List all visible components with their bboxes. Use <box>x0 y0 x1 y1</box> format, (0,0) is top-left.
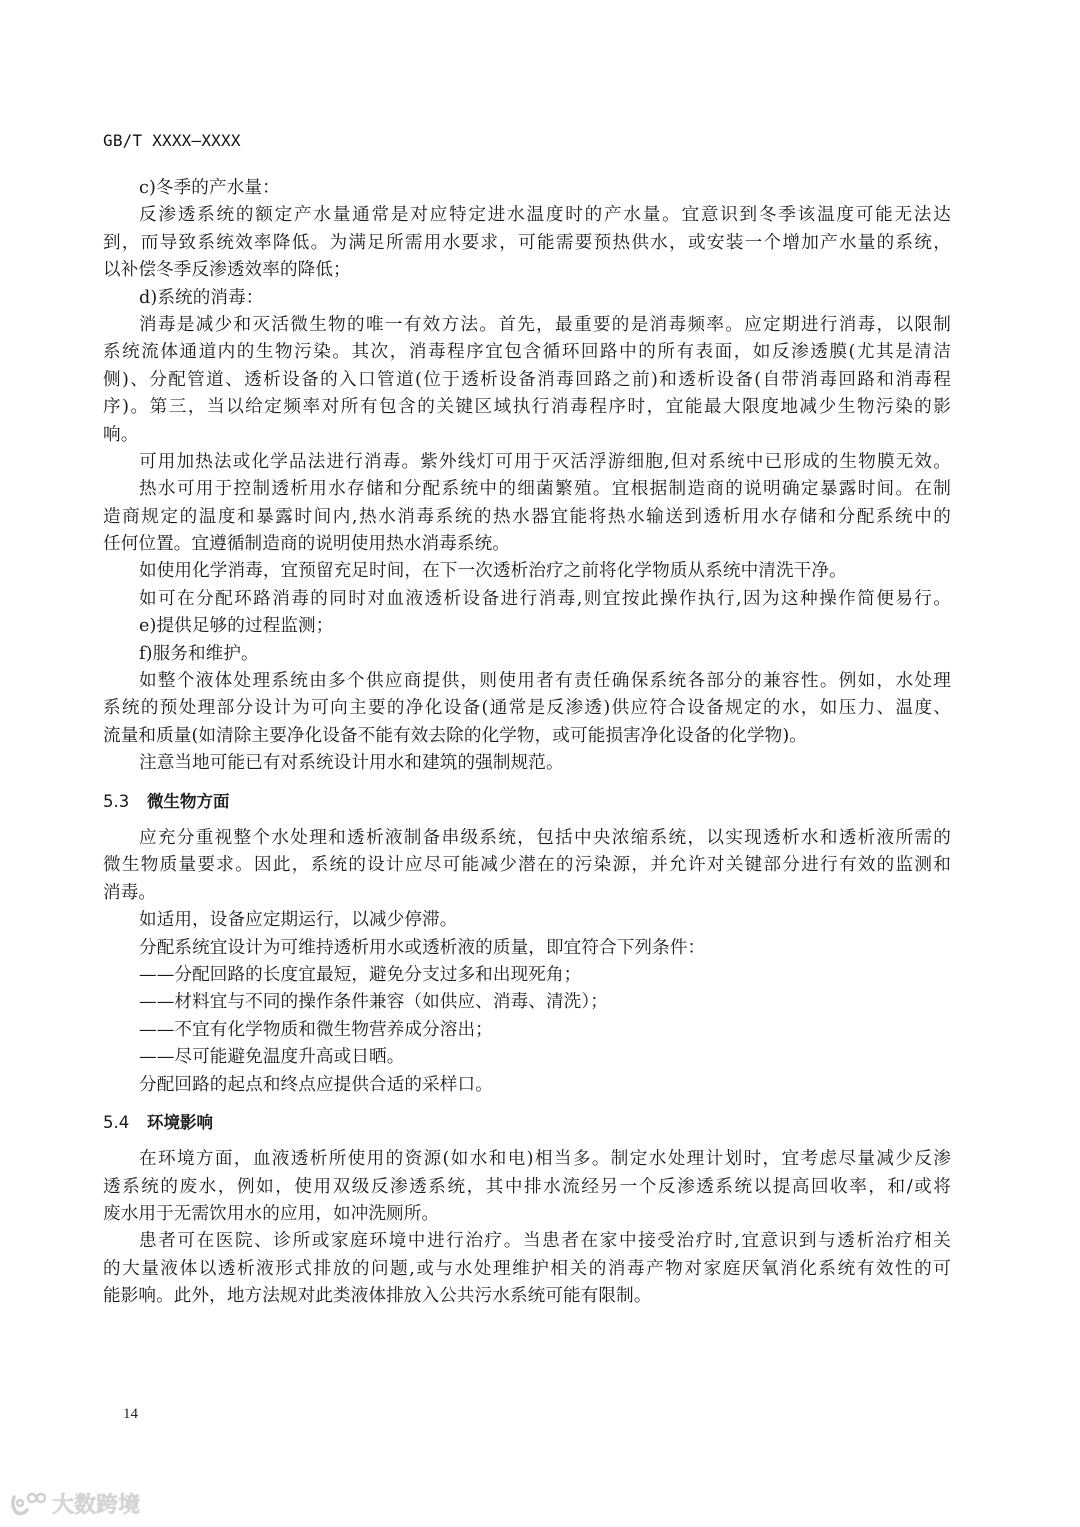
paragraph: 反渗透系统的额定产水量通常是对应特定进水温度时的产水量。宜意识到冬季该温度可能无… <box>103 202 951 284</box>
section-heading: 5.4环境影响 <box>103 1109 951 1136</box>
text-line: ——材料宜与不同的操作条件兼容（如供应、消毒、清洗）； <box>103 989 951 1016</box>
paragraph: f)服务和维护。 <box>103 641 951 668</box>
paragraph: e)提供足够的过程监测； <box>103 613 951 640</box>
text-line: 如整个液体处理系统由多个供应商提供，则使用者有责任确保系统各部分的兼容性。例如，… <box>103 668 951 695</box>
text-line: 消毒。 <box>103 880 951 907</box>
text-line: 在环境方面，血液透析所使用的资源(如水和电)相当多。制定水处理计划时，宜考虑尽量… <box>103 1146 951 1173</box>
text-line: 注意当地可能已有对系统设计用水和建筑的强制规范。 <box>103 750 951 777</box>
section-title: 环境影响 <box>147 1113 213 1132</box>
paragraph: ——不宜有化学物质和微生物营养成分溶出； <box>103 1017 951 1044</box>
paragraph: ——尽可能避免温度升高或日晒。 <box>103 1044 951 1071</box>
watermark-text: 大数跨境 <box>52 1488 140 1519</box>
paragraph: 可用加热法或化学品法进行消毒。紫外线灯可用于灭活浮游细胞,但对系统中已形成的生物… <box>103 449 951 476</box>
text-line: e)提供足够的过程监测； <box>103 613 951 640</box>
text-line: 如适用，设备应定期运行，以减少停滞。 <box>103 907 951 934</box>
page-number: 14 <box>123 1406 138 1423</box>
text-line: 分配回路的起点和终点应提供合适的采样口。 <box>103 1072 951 1099</box>
section-heading: 5.3微生物方面 <box>103 788 951 815</box>
paragraph: 如整个液体处理系统由多个供应商提供，则使用者有责任确保系统各部分的兼容性。例如，… <box>103 668 951 750</box>
text-line: ——分配回路的长度宜最短，避免分支过多和出现死角； <box>103 962 951 989</box>
text-line: d)系统的消毒： <box>103 285 951 312</box>
text-line: 患者可在医院、诊所或家庭环境中进行治疗。当患者在家中接受治疗时,宜意识到与透析治… <box>103 1228 951 1255</box>
text-line: 如使用化学消毒，宜预留充足时间，在下一次透析治疗之前将化学物质从系统中清洗干净。 <box>103 558 951 585</box>
paragraph: ——分配回路的长度宜最短，避免分支过多和出现死角； <box>103 962 951 989</box>
text-line: 废水用于无需饮用水的应用，如冲洗厕所。 <box>103 1201 951 1228</box>
text-line: 热水可用于控制透析用水存储和分配系统中的细菌繁殖。宜根据制造商的说明确定暴露时间… <box>103 476 951 503</box>
paragraph: d)系统的消毒： <box>103 285 951 312</box>
text-line: 能影响。此外，地方法规对此类液体排放入公共污水系统可能有限制。 <box>103 1283 951 1310</box>
paragraph: 消毒是减少和灭活微生物的唯一有效方法。首先，最重要的是消毒频率。应定期进行消毒，… <box>103 312 951 449</box>
text-line: 任何位置。宜遵循制造商的说明使用热水消毒系统。 <box>103 531 951 558</box>
paragraph: 如使用化学消毒，宜预留充足时间，在下一次透析治疗之前将化学物质从系统中清洗干净。 <box>103 558 951 585</box>
text-line: ——尽可能避免温度升高或日晒。 <box>103 1044 951 1071</box>
section-number: 5.4 <box>103 1109 147 1136</box>
text-line: 可用加热法或化学品法进行消毒。紫外线灯可用于灭活浮游细胞,但对系统中已形成的生物… <box>103 449 951 476</box>
standard-code-header: GB/T XXXX—XXXX <box>103 131 241 150</box>
paragraph: 在环境方面，血液透析所使用的资源(如水和电)相当多。制定水处理计划时，宜考虑尽量… <box>103 1146 951 1228</box>
text-line: 以补偿冬季反渗透效率的降低； <box>103 257 951 284</box>
text-line: 反渗透系统的额定产水量通常是对应特定进水温度时的产水量。宜意识到冬季该温度可能无… <box>103 202 951 229</box>
text-line: 到，而导致系统效率降低。为满足所需用水要求，可能需要预热供水，或安装一个增加产水… <box>103 230 951 257</box>
document-page: GB/T XXXX—XXXX c)冬季的产水量：反渗透系统的额定产水量通常是对应… <box>0 0 1080 1527</box>
text-line: c)冬季的产水量： <box>103 175 951 202</box>
document-body: c)冬季的产水量：反渗透系统的额定产水量通常是对应特定进水温度时的产水量。宜意识… <box>103 175 951 1311</box>
paragraph: 分配回路的起点和终点应提供合适的采样口。 <box>103 1072 951 1099</box>
paragraph: 注意当地可能已有对系统设计用水和建筑的强制规范。 <box>103 750 951 777</box>
text-line: 如可在分配环路消毒的同时对血液透析设备进行消毒,则宜按此操作执行,因为这种操作简… <box>103 586 951 613</box>
text-line: 造商规定的温度和暴露时间内,热水消毒系统的热水器宜能将热水输送到透析用水存储和分… <box>103 504 951 531</box>
paragraph: 患者可在医院、诊所或家庭环境中进行治疗。当患者在家中接受治疗时,宜意识到与透析治… <box>103 1228 951 1310</box>
watermark: 大数跨境 <box>10 1488 140 1519</box>
paragraph: 应充分重视整个水处理和透析液制备串级系统，包括中央浓缩系统，以实现透析水和透析液… <box>103 825 951 907</box>
text-line: 微生物质量要求。因此，系统的设计应尽可能减少潜在的污染源，并允许对关键部分进行有… <box>103 852 951 879</box>
text-line: 响。 <box>103 422 951 449</box>
watermark-logo-icon <box>10 1491 46 1517</box>
text-line: 分配系统宜设计为可维持透析用水或透析液的质量，即宜符合下列条件： <box>103 935 951 962</box>
text-line: 序)。第三，当以给定频率对所有包含的关键区域执行消毒程序时，宜能最大限度地减少生… <box>103 394 951 421</box>
text-line: ——不宜有化学物质和微生物营养成分溶出； <box>103 1017 951 1044</box>
text-line: f)服务和维护。 <box>103 641 951 668</box>
paragraph: 热水可用于控制透析用水存储和分配系统中的细菌繁殖。宜根据制造商的说明确定暴露时间… <box>103 476 951 558</box>
paragraph: 如可在分配环路消毒的同时对血液透析设备进行消毒,则宜按此操作执行,因为这种操作简… <box>103 586 951 613</box>
text-line: 流量和质量(如清除主要净化设备不能有效去除的化学物，或可能损害净化设备的化学物)… <box>103 723 951 750</box>
paragraph: 分配系统宜设计为可维持透析用水或透析液的质量，即宜符合下列条件： <box>103 935 951 962</box>
text-line: 系统流体通道内的生物污染。其次，消毒程序宜包含循环回路中的所有表面，如反渗透膜(… <box>103 339 951 366</box>
text-line: 透系统的废水，例如，使用双级反渗透系统，其中排水流经另一个反渗透系统以提高回收率… <box>103 1174 951 1201</box>
text-line: 系统的预处理部分设计为可向主要的净化设备(通常是反渗透)供应符合设备规定的水，如… <box>103 695 951 722</box>
paragraph: c)冬季的产水量： <box>103 175 951 202</box>
paragraph: ——材料宜与不同的操作条件兼容（如供应、消毒、清洗）； <box>103 989 951 1016</box>
text-line: 消毒是减少和灭活微生物的唯一有效方法。首先，最重要的是消毒频率。应定期进行消毒，… <box>103 312 951 339</box>
section-title: 微生物方面 <box>147 792 230 811</box>
text-line: 侧)、分配管道、透析设备的入口管道(位于透析设备消毒回路之前)和透析设备(自带消… <box>103 367 951 394</box>
text-line: 应充分重视整个水处理和透析液制备串级系统，包括中央浓缩系统，以实现透析水和透析液… <box>103 825 951 852</box>
paragraph: 如适用，设备应定期运行，以减少停滞。 <box>103 907 951 934</box>
text-line: 的大量液体以透析液形式排放的问题,或与水处理维护相关的消毒产物对家庭厌氧消化系统… <box>103 1256 951 1283</box>
section-number: 5.3 <box>103 788 147 815</box>
